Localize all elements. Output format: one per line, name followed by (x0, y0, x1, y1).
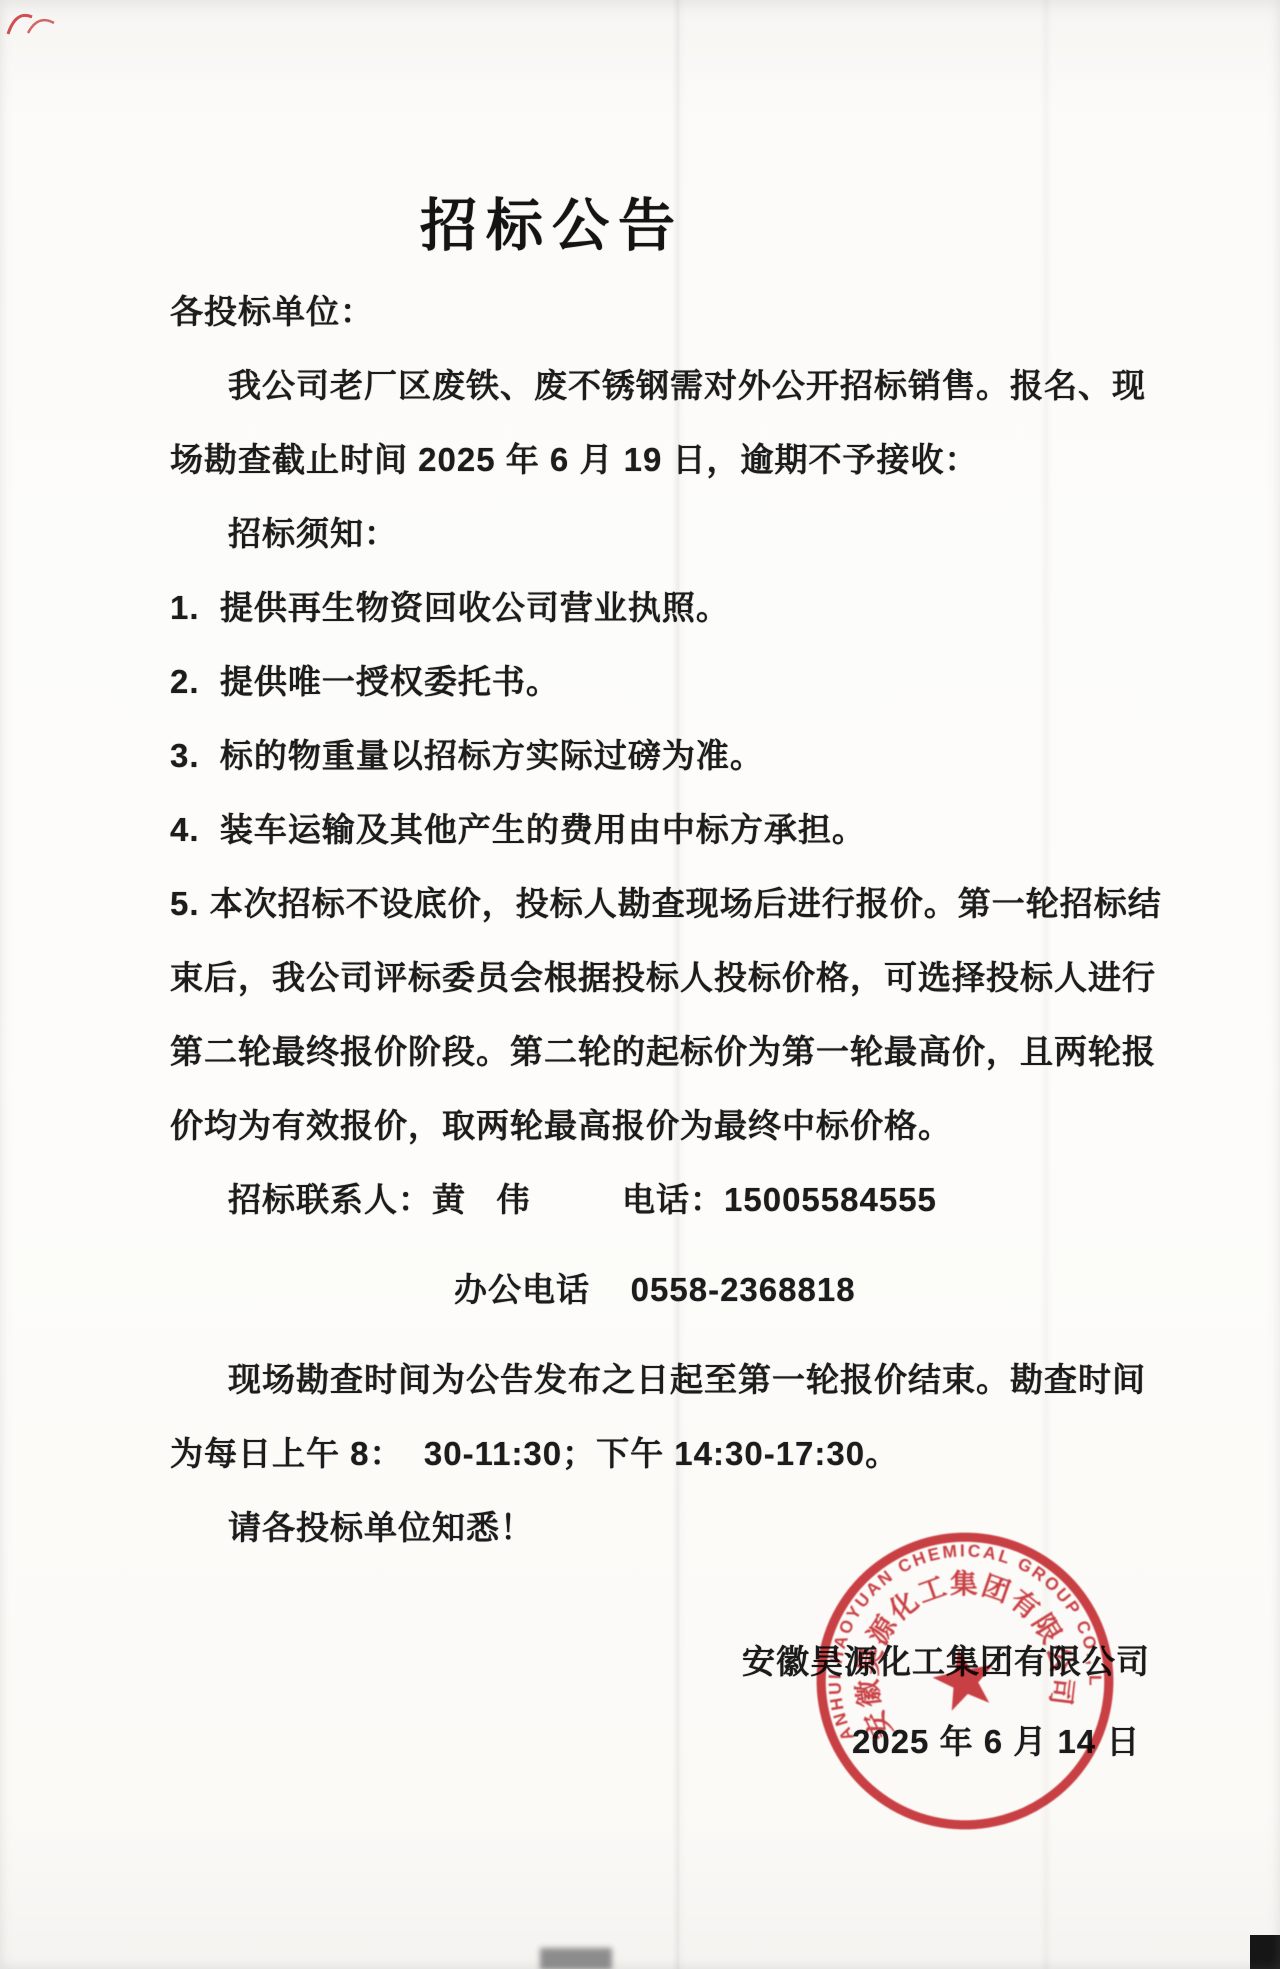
signature-date: 2025 年 6 月 14 日 (852, 1716, 1140, 1763)
document-line: 招标联系人：黄 伟 电话：15005584555 (170, 1160, 1180, 1234)
document-line: 束后，我公司评标委员会根据投标人投标价格，可选择投标人进行 (170, 938, 1180, 1012)
document-line: 为每日上午 8： 30-11:30；下午 14:30-17:30。 (170, 1414, 1180, 1488)
document-body: 各投标单位：我公司老厂区废铁、废不锈钢需对外公开招标销售。报名、现场勘查截止时间… (170, 272, 1180, 1562)
red-pen-scribble (2, 2, 74, 44)
document-line: 3. 标的物重量以招标方实际过磅为准。 (170, 716, 1180, 790)
document-line: 我公司老厂区废铁、废不锈钢需对外公开招标销售。报名、现 (170, 346, 1180, 420)
scanned-document-page: 招标公告 各投标单位：我公司老厂区废铁、废不锈钢需对外公开招标销售。报名、现场勘… (0, 0, 1280, 1969)
document-line: 第二轮最终报价阶段。第二轮的起标价为第一轮最高价，且两轮报 (170, 1012, 1180, 1086)
document-line: 各投标单位： (170, 272, 1180, 346)
document-line: 价均为有效报价，取两轮最高报价为最终中标价格。 (170, 1086, 1180, 1160)
document-line: 1. 提供再生物资回收公司营业执照。 (170, 568, 1180, 642)
document-title: 招标公告 (0, 180, 1104, 262)
document-line: 5. 本次招标不设底价，投标人勘查现场后进行报价。第一轮招标结 (170, 864, 1180, 938)
document-line: 场勘查截止时间 2025 年 6 月 19 日，逾期不予接收： (170, 420, 1180, 494)
document-line: 2. 提供唯一授权委托书。 (170, 642, 1180, 716)
document-line: 办公电话 0558-2368818 (170, 1250, 1180, 1324)
document-line: 现场勘查时间为公告发布之日起至第一轮报价结束。勘查时间 (170, 1340, 1180, 1414)
document-line: 4. 装车运输及其他产生的费用由中标方承担。 (170, 790, 1180, 864)
scan-corner-mark (1250, 1935, 1280, 1969)
signature-company: 安徽昊源化工集团有限公司 (742, 1636, 1150, 1683)
document-line: 请各投标单位知悉！ (170, 1488, 1180, 1562)
scan-smudge (540, 1948, 612, 1969)
document-line: 招标须知： (170, 494, 1180, 568)
